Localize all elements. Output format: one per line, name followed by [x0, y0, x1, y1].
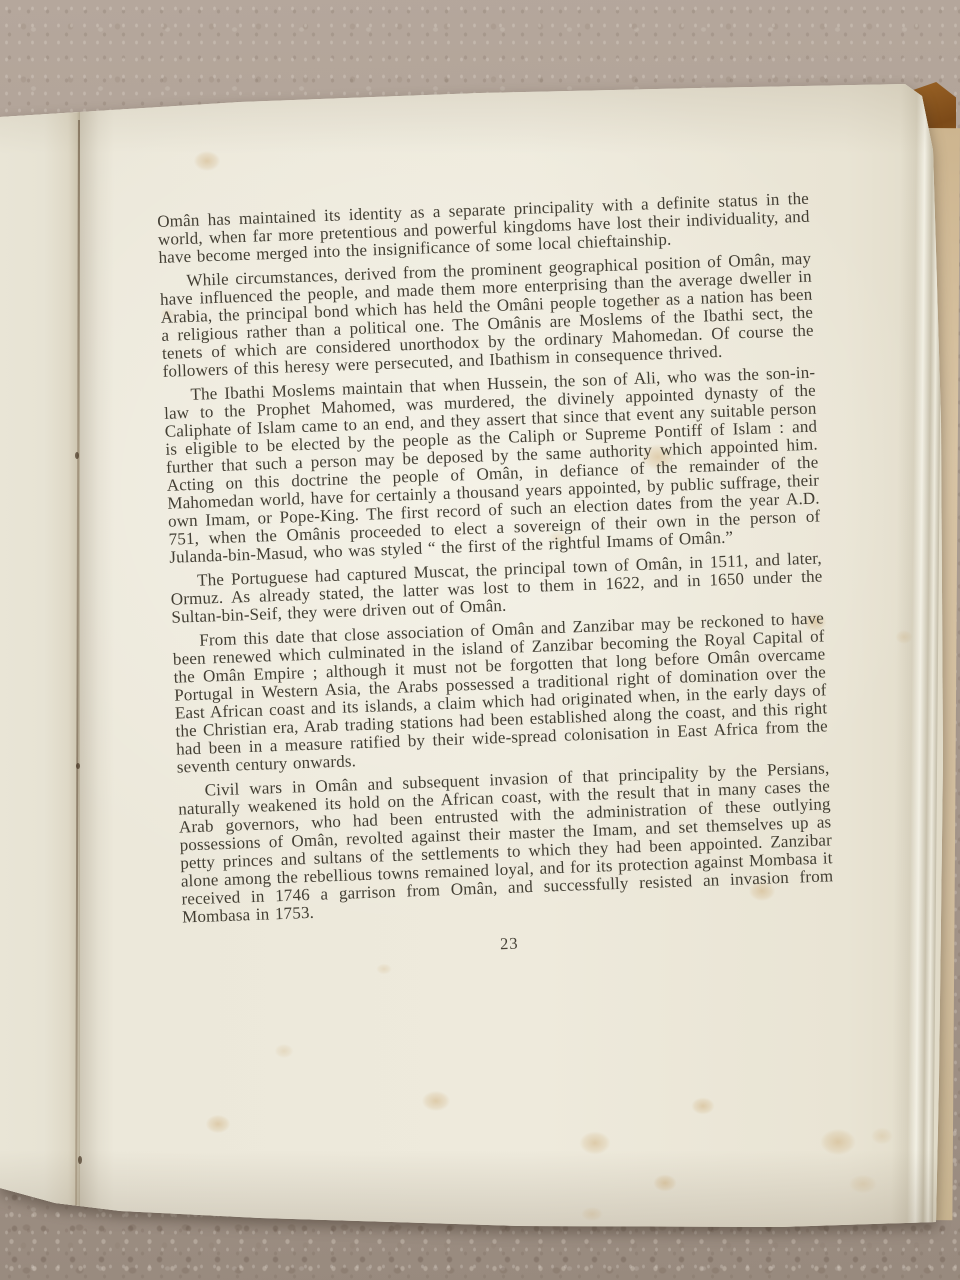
page-fore-edge — [891, 84, 943, 1224]
foxing-stain — [374, 962, 394, 976]
page-bottom-shading — [0, 1150, 960, 1228]
foxing-stain — [845, 1172, 881, 1196]
foxing-stain — [650, 1172, 680, 1194]
paragraph-5: From this date that close association of… — [172, 609, 829, 776]
stitch-knot — [75, 452, 79, 459]
paragraph-6: Civil wars in Omân and subsequent invasi… — [177, 759, 834, 926]
left-page-sliver — [0, 100, 80, 1215]
page-number: 23 — [183, 923, 835, 964]
stitch-knot — [76, 763, 80, 769]
paragraph-3: The Ibathi Moslems maintain that when Hu… — [163, 364, 821, 567]
foxing-stain — [202, 1112, 234, 1136]
book-page: Omân has maintained its identity as a se… — [0, 0, 960, 1280]
foxing-stain — [418, 1088, 454, 1114]
foxing-stain — [272, 1042, 296, 1060]
foxing-stain — [815, 1125, 861, 1159]
gutter-shadow — [80, 110, 114, 1215]
book-page-wrap: Omân has maintained its identity as a se… — [0, 0, 960, 1280]
foxing-stain — [688, 1095, 718, 1117]
paragraph-2: While circumstances, derived from the pr… — [159, 250, 814, 381]
foxing-stain — [893, 628, 915, 646]
page-text-block: Omân has maintained its identity as a se… — [157, 190, 835, 965]
foxing-stain — [575, 1128, 615, 1158]
page-top-shading — [0, 84, 960, 154]
foxing-stain — [190, 148, 224, 174]
foxing-stain — [578, 1205, 606, 1223]
foxing-stain — [868, 1125, 896, 1147]
